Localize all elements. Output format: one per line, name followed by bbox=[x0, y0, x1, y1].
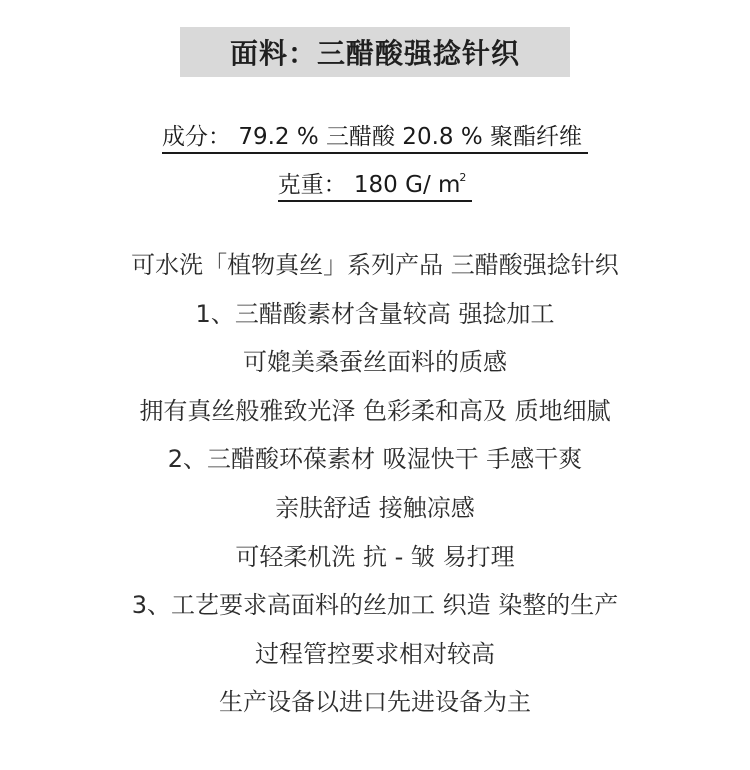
weight-value: 180 G/ m bbox=[354, 172, 461, 198]
description-line: 生产设备以进口先进设备为主 bbox=[0, 678, 750, 727]
weight-superscript: 2 bbox=[459, 171, 466, 184]
description-line: 亲肤舒适 接触凉感 bbox=[0, 484, 750, 533]
description-line: 2、三醋酸环葆素材 吸湿快干 手感干爽 bbox=[0, 435, 750, 484]
description-line: 可轻柔机洗 抗 - 皱 易打理 bbox=[0, 533, 750, 582]
composition-underline-group: 成分： 79.2 % 三醋酸 20.8 % 聚酯纤维 bbox=[162, 124, 588, 154]
weight-underline-group: 克重： 180 G/ m2 bbox=[278, 172, 473, 202]
fabric-title: 面料：三醋酸强捻针织 bbox=[230, 32, 520, 72]
title-banner: 面料：三醋酸强捻针织 bbox=[180, 27, 570, 77]
composition-label: 成分： bbox=[162, 124, 231, 150]
description-line: 可媲美桑蚕丝面料的质感 bbox=[0, 338, 750, 387]
description-block: 可水洗「植物真丝」系列产品 三醋酸强捻针织 1、三醋酸素材含量较高 强捻加工 可… bbox=[0, 241, 750, 727]
weight-spec: 克重： 180 G/ m2 bbox=[0, 166, 750, 199]
weight-label: 克重： bbox=[278, 172, 347, 198]
description-line: 3、工艺要求高面料的丝加工 织造 染整的生产 bbox=[0, 581, 750, 630]
composition-spec: 成分： 79.2 % 三醋酸 20.8 % 聚酯纤维 bbox=[0, 118, 750, 151]
description-line: 1、三醋酸素材含量较高 强捻加工 bbox=[0, 290, 750, 339]
description-line: 过程管控要求相对较高 bbox=[0, 630, 750, 679]
composition-value: 79.2 % 三醋酸 20.8 % 聚酯纤维 bbox=[238, 124, 582, 150]
description-line: 拥有真丝般雅致光泽 色彩柔和高及 质地细腻 bbox=[0, 387, 750, 436]
description-line: 可水洗「植物真丝」系列产品 三醋酸强捻针织 bbox=[0, 241, 750, 290]
